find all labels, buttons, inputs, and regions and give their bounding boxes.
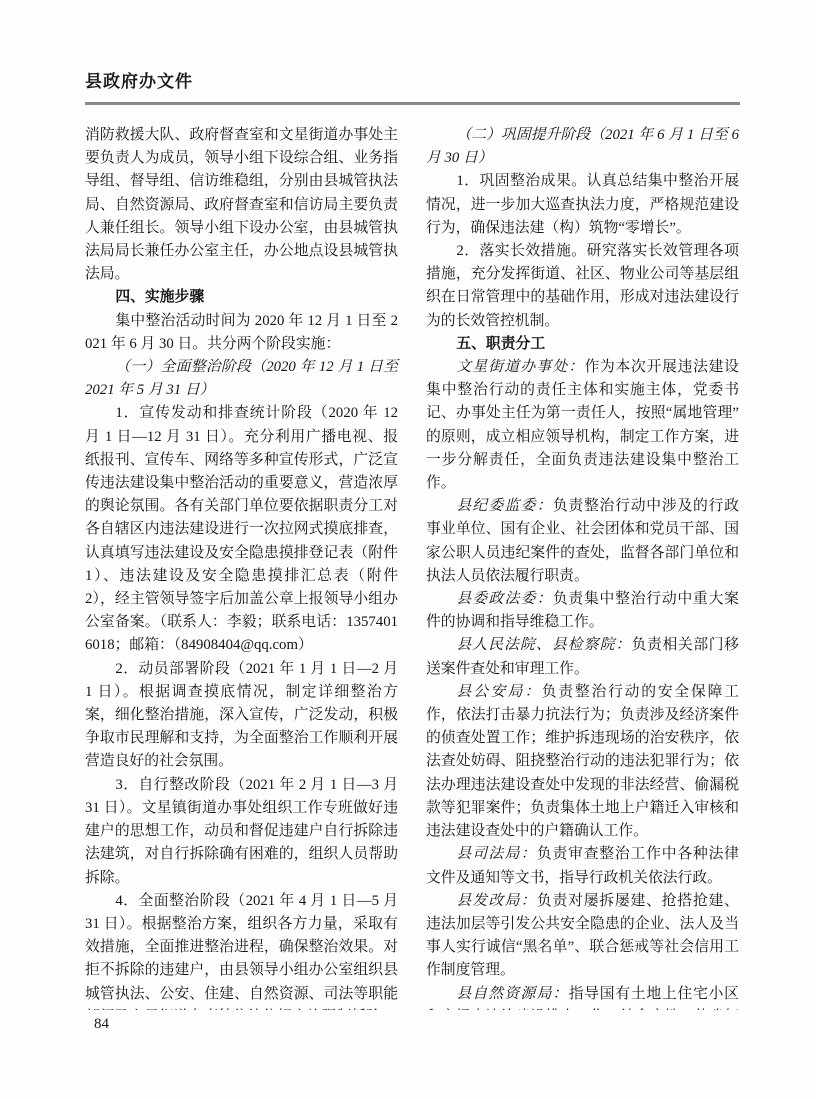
department-name: 县自然资源局： [456, 986, 568, 1002]
paragraph: 2．动员部署阶段（2021 年 1 月 1 日—2 月 1 日）。根据调查摸底情… [85, 658, 398, 774]
paragraph-text: 4．全面整治阶段（2021 年 4 月 1 日—5 月 31 日）。根据整治方案… [85, 893, 398, 1010]
phase-heading-text: （二）巩固提升阶段（2021 年 6 月 1 日至 6 月 30 日） [426, 127, 739, 166]
heading-text: 五、职责分工 [456, 336, 545, 352]
paragraph-text: 1．巩固整治成果。认真总结集中整治开展情况，进一步加大巡查执法力度，严格规范建设… [426, 173, 739, 235]
section-heading: 五、职责分工 [426, 333, 739, 356]
department-name: 县司法局： [456, 846, 537, 862]
paragraph: 县纪委监委：负责整治行动中涉及的行政事业单位、国有企业、社会团体和党员干部、国家… [426, 495, 739, 588]
paragraph: 2．落实长效措施。研究落实长效管理各项措施，充分发挥街道、社区、物业公司等基层组… [426, 240, 739, 333]
paragraph: 1．巩固整治成果。认真总结集中整治开展情况，进一步加大巡查执法力度，严格规范建设… [426, 170, 739, 240]
heading-text: 四、实施步骤 [115, 289, 204, 305]
paragraph: 4．全面整治阶段（2021 年 4 月 1 日—5 月 31 日）。根据整治方案… [85, 890, 398, 1010]
paragraph: 县发改局：负责对屡拆屡建、抢搭抢建、违法加层等引发公共安全隐患的企业、法人及当事… [426, 890, 739, 983]
department-name: 县公安局： [456, 684, 541, 700]
left-column: 消防救援大队、政府督查室和文星街道办事处主要负责人为成员，领导小组下设综合组、业… [85, 124, 398, 1010]
paragraph: 文星街道办事处：作为本次开展违法建设集中整治行动的责任主体和实施主体，党委书记、… [426, 356, 739, 495]
phase-heading: （一）全面整治阶段（2020 年 12 月 1 日至 2021 年 5 月 31… [85, 356, 398, 402]
paragraph: 县自然资源局：指导国有土地上住宅小区和市场内违法建设排查工作；结合房地一体确权登 [426, 983, 739, 1010]
page-header: 县政府办文件 [85, 70, 740, 105]
paragraph: 3．自行整改阶段（2021 年 2 月 1 日—3 月 31 日）。文星镇街道办… [85, 774, 398, 890]
document-page: 县政府办文件 消防救援大队、政府督查室和文星街道办事处主要负责人为成员，领导小组… [0, 0, 816, 1099]
paragraph-text: 2．落实长效措施。研究落实长效管理各项措施，充分发挥街道、社区、物业公司等基层组… [426, 243, 739, 329]
paragraph: 县人民法院、县检察院：负责相关部门移送案件查处和审理工作。 [426, 634, 739, 680]
section-heading: 四、实施步骤 [85, 286, 398, 309]
paragraph-text: 1．宣传发动和排查统计阶段（2020 年 12 月 1 日—12 月 31 日）… [85, 405, 398, 653]
department-name: 县纪委监委： [456, 498, 552, 514]
paragraph: 县司法局：负责审查整治工作中各种法律文件及通知等文书，指导行政机关依法行政。 [426, 843, 739, 889]
paragraph-text: 2．动员部署阶段（2021 年 1 月 1 日—2 月 1 日）。根据调查摸底情… [85, 661, 398, 770]
phase-heading-text: （一）全面整治阶段（2020 年 12 月 1 日至 2021 年 5 月 31… [85, 359, 398, 398]
department-name: 县委政法委： [456, 591, 552, 607]
page-content: 县政府办文件 消防救援大队、政府督查室和文星街道办事处主要负责人为成员，领导小组… [85, 70, 740, 1010]
paragraph-text: 消防救援大队、政府督查室和文星街道办事处主要负责人为成员，领导小组下设综合组、业… [85, 127, 398, 282]
department-name: 县发改局： [456, 893, 537, 909]
header-title: 县政府办文件 [85, 70, 740, 94]
document-body: 消防救援大队、政府督查室和文星街道办事处主要负责人为成员，领导小组下设综合组、业… [85, 124, 740, 1010]
paragraph-text: 集中整治活动时间为 2020 年 12 月 1 日至 2021 年 6 月 30… [85, 313, 398, 352]
phase-heading: （二）巩固提升阶段（2021 年 6 月 1 日至 6 月 30 日） [426, 124, 739, 170]
paragraph-text: 负责整治行动的安全保障工作，依法打击暴力抗法行为；负责涉及经济案件的侦查处置工作… [426, 684, 739, 839]
header-rule [85, 102, 740, 105]
paragraph: 县公安局：负责整治行动的安全保障工作，依法打击暴力抗法行为；负责涉及经济案件的侦… [426, 681, 739, 843]
paragraph-text: 作为本次开展违法建设集中整治行动的责任主体和实施主体，党委书记、办事处主任为第一… [426, 359, 739, 491]
department-name: 文星街道办事处： [456, 359, 584, 375]
paragraph: 集中整治活动时间为 2020 年 12 月 1 日至 2021 年 6 月 30… [85, 310, 398, 356]
paragraph: 县委政法委：负责集中整治行动中重大案件的协调和指导维稳工作。 [426, 588, 739, 634]
right-column: （二）巩固提升阶段（2021 年 6 月 1 日至 6 月 30 日） 1．巩固… [426, 124, 739, 1010]
department-name: 县人民法院、县检察院： [456, 637, 631, 653]
paragraph: 消防救援大队、政府督查室和文星街道办事处主要负责人为成员，领导小组下设综合组、业… [85, 124, 398, 286]
page-number: 84 [94, 1016, 109, 1033]
paragraph: 1．宣传发动和排查统计阶段（2020 年 12 月 1 日—12 月 31 日）… [85, 402, 398, 657]
paragraph-text: 3．自行整改阶段（2021 年 2 月 1 日—3 月 31 日）。文星镇街道办… [85, 777, 398, 886]
